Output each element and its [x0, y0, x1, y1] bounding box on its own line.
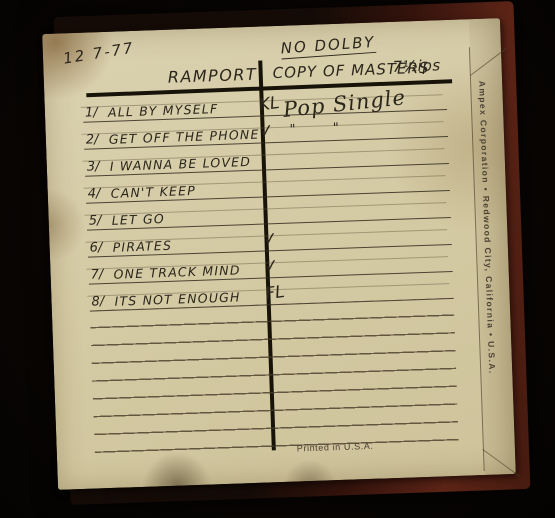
track-title: CAN'T KEEP	[111, 183, 197, 201]
check-mark: ✓	[258, 120, 275, 142]
tape-box-photo: 12 7-77 NO DOLBY RAMPORT COPY OF MASTERS…	[0, 0, 555, 518]
track-number: 6/	[89, 240, 102, 255]
date-note: 12 7-77	[62, 39, 136, 68]
track-number: 8/	[91, 294, 104, 309]
check-mark: ✓	[262, 228, 279, 250]
track-mark: KL	[257, 93, 280, 116]
track-number: 7/	[90, 267, 103, 282]
track-number: 1/	[85, 105, 98, 120]
header-studio: RAMPORT	[167, 65, 257, 87]
header-tape-speed: 7½ips	[392, 56, 441, 76]
tape-label: 12 7-77 NO DOLBY RAMPORT COPY OF MASTERS…	[42, 18, 516, 490]
ditto-marks: " "	[289, 121, 339, 138]
track-number: 2/	[86, 132, 99, 147]
track-number: 5/	[88, 213, 101, 228]
track-number: 3/	[87, 159, 100, 174]
no-dolby-note: NO DOLBY	[280, 33, 376, 60]
track-mark: FL	[264, 282, 286, 304]
check-mark: ✓	[263, 255, 280, 277]
track-number: 4/	[88, 186, 101, 201]
blank-ruled-lines	[90, 298, 459, 463]
track-title: LET GO	[111, 211, 165, 228]
track-title: PIRATES	[112, 238, 172, 255]
